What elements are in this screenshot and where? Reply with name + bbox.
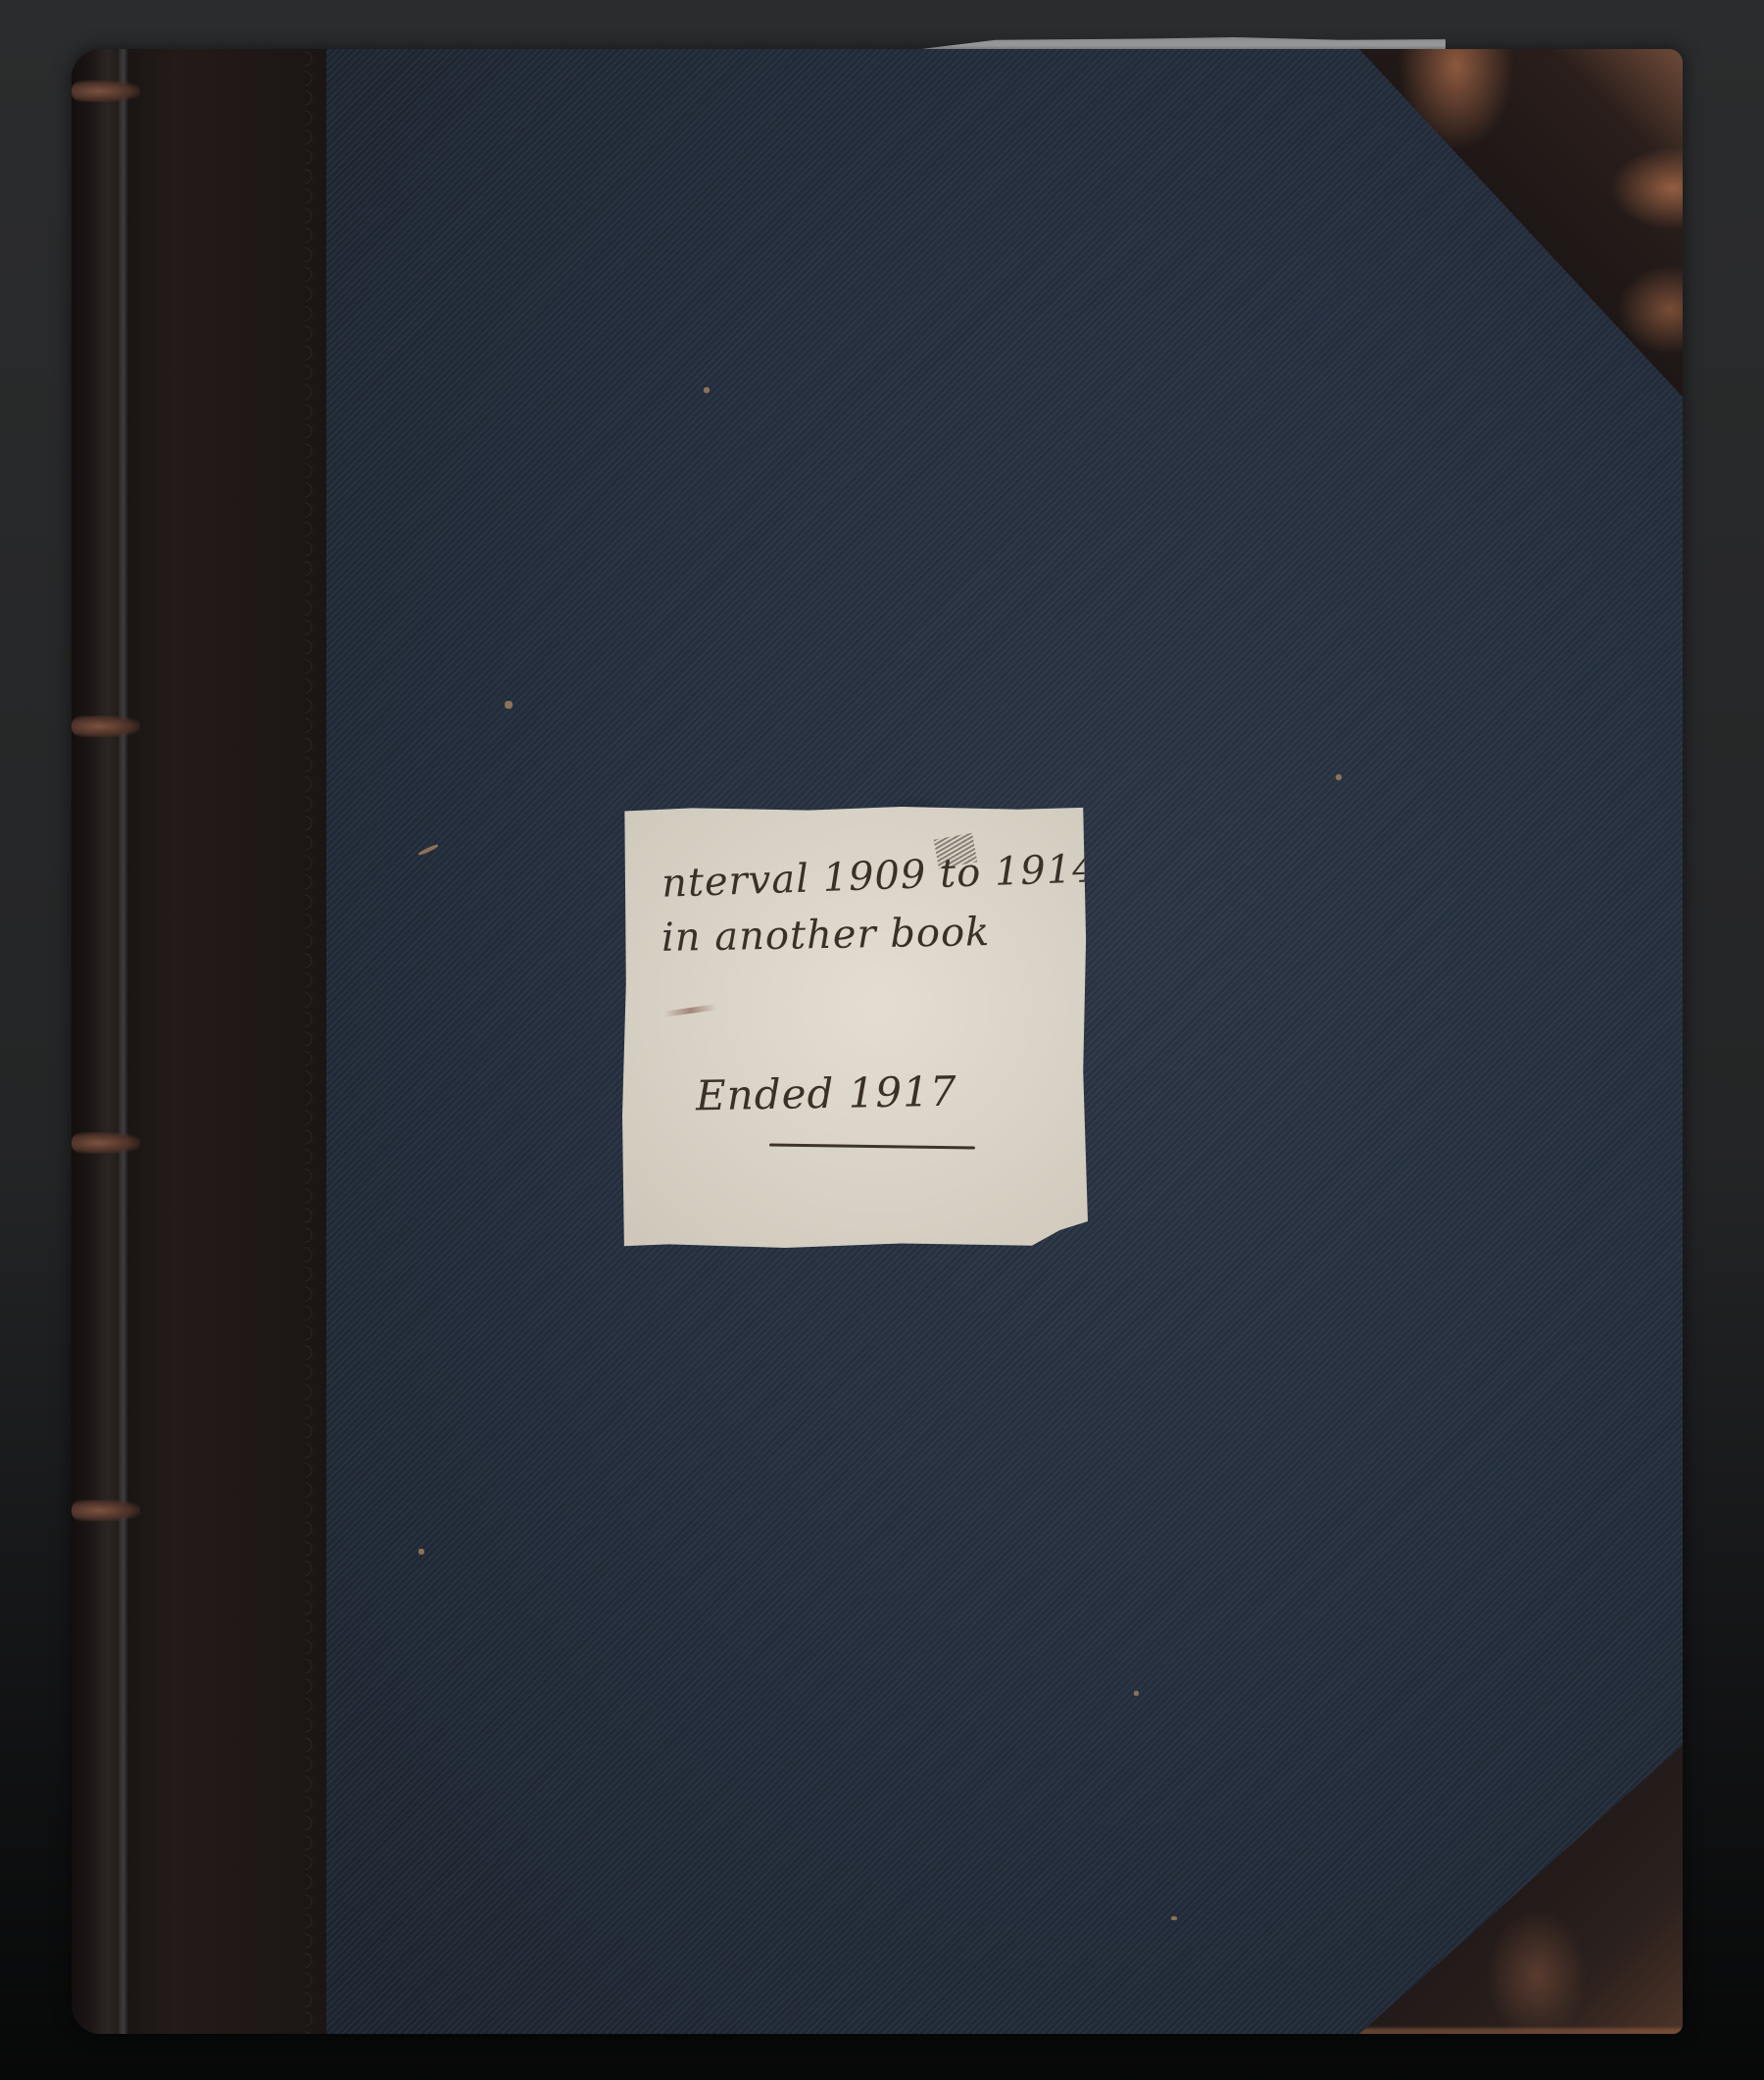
label-line-2: in another book bbox=[661, 910, 991, 961]
spine-band bbox=[72, 1132, 140, 1154]
spine-ridge bbox=[119, 49, 128, 2034]
speck bbox=[418, 1549, 424, 1555]
speck bbox=[1134, 1691, 1139, 1696]
spine-wavy-edge bbox=[305, 49, 318, 2034]
spine-band bbox=[72, 716, 140, 737]
smudge-mark bbox=[663, 1004, 717, 1017]
spine-band bbox=[72, 1500, 140, 1521]
label-underline bbox=[769, 1144, 975, 1150]
spine-band bbox=[72, 80, 140, 102]
speck bbox=[505, 701, 513, 709]
speck bbox=[1171, 1916, 1177, 1920]
speck bbox=[704, 387, 710, 393]
label-line-1: nterval 1909 to 1914 bbox=[661, 846, 1099, 907]
label-line-3: Ended 1917 bbox=[696, 1067, 957, 1120]
speck bbox=[1336, 774, 1342, 780]
leather-spine bbox=[72, 49, 326, 2034]
handwritten-label: nterval 1909 to 1914 in another book End… bbox=[622, 807, 1088, 1248]
